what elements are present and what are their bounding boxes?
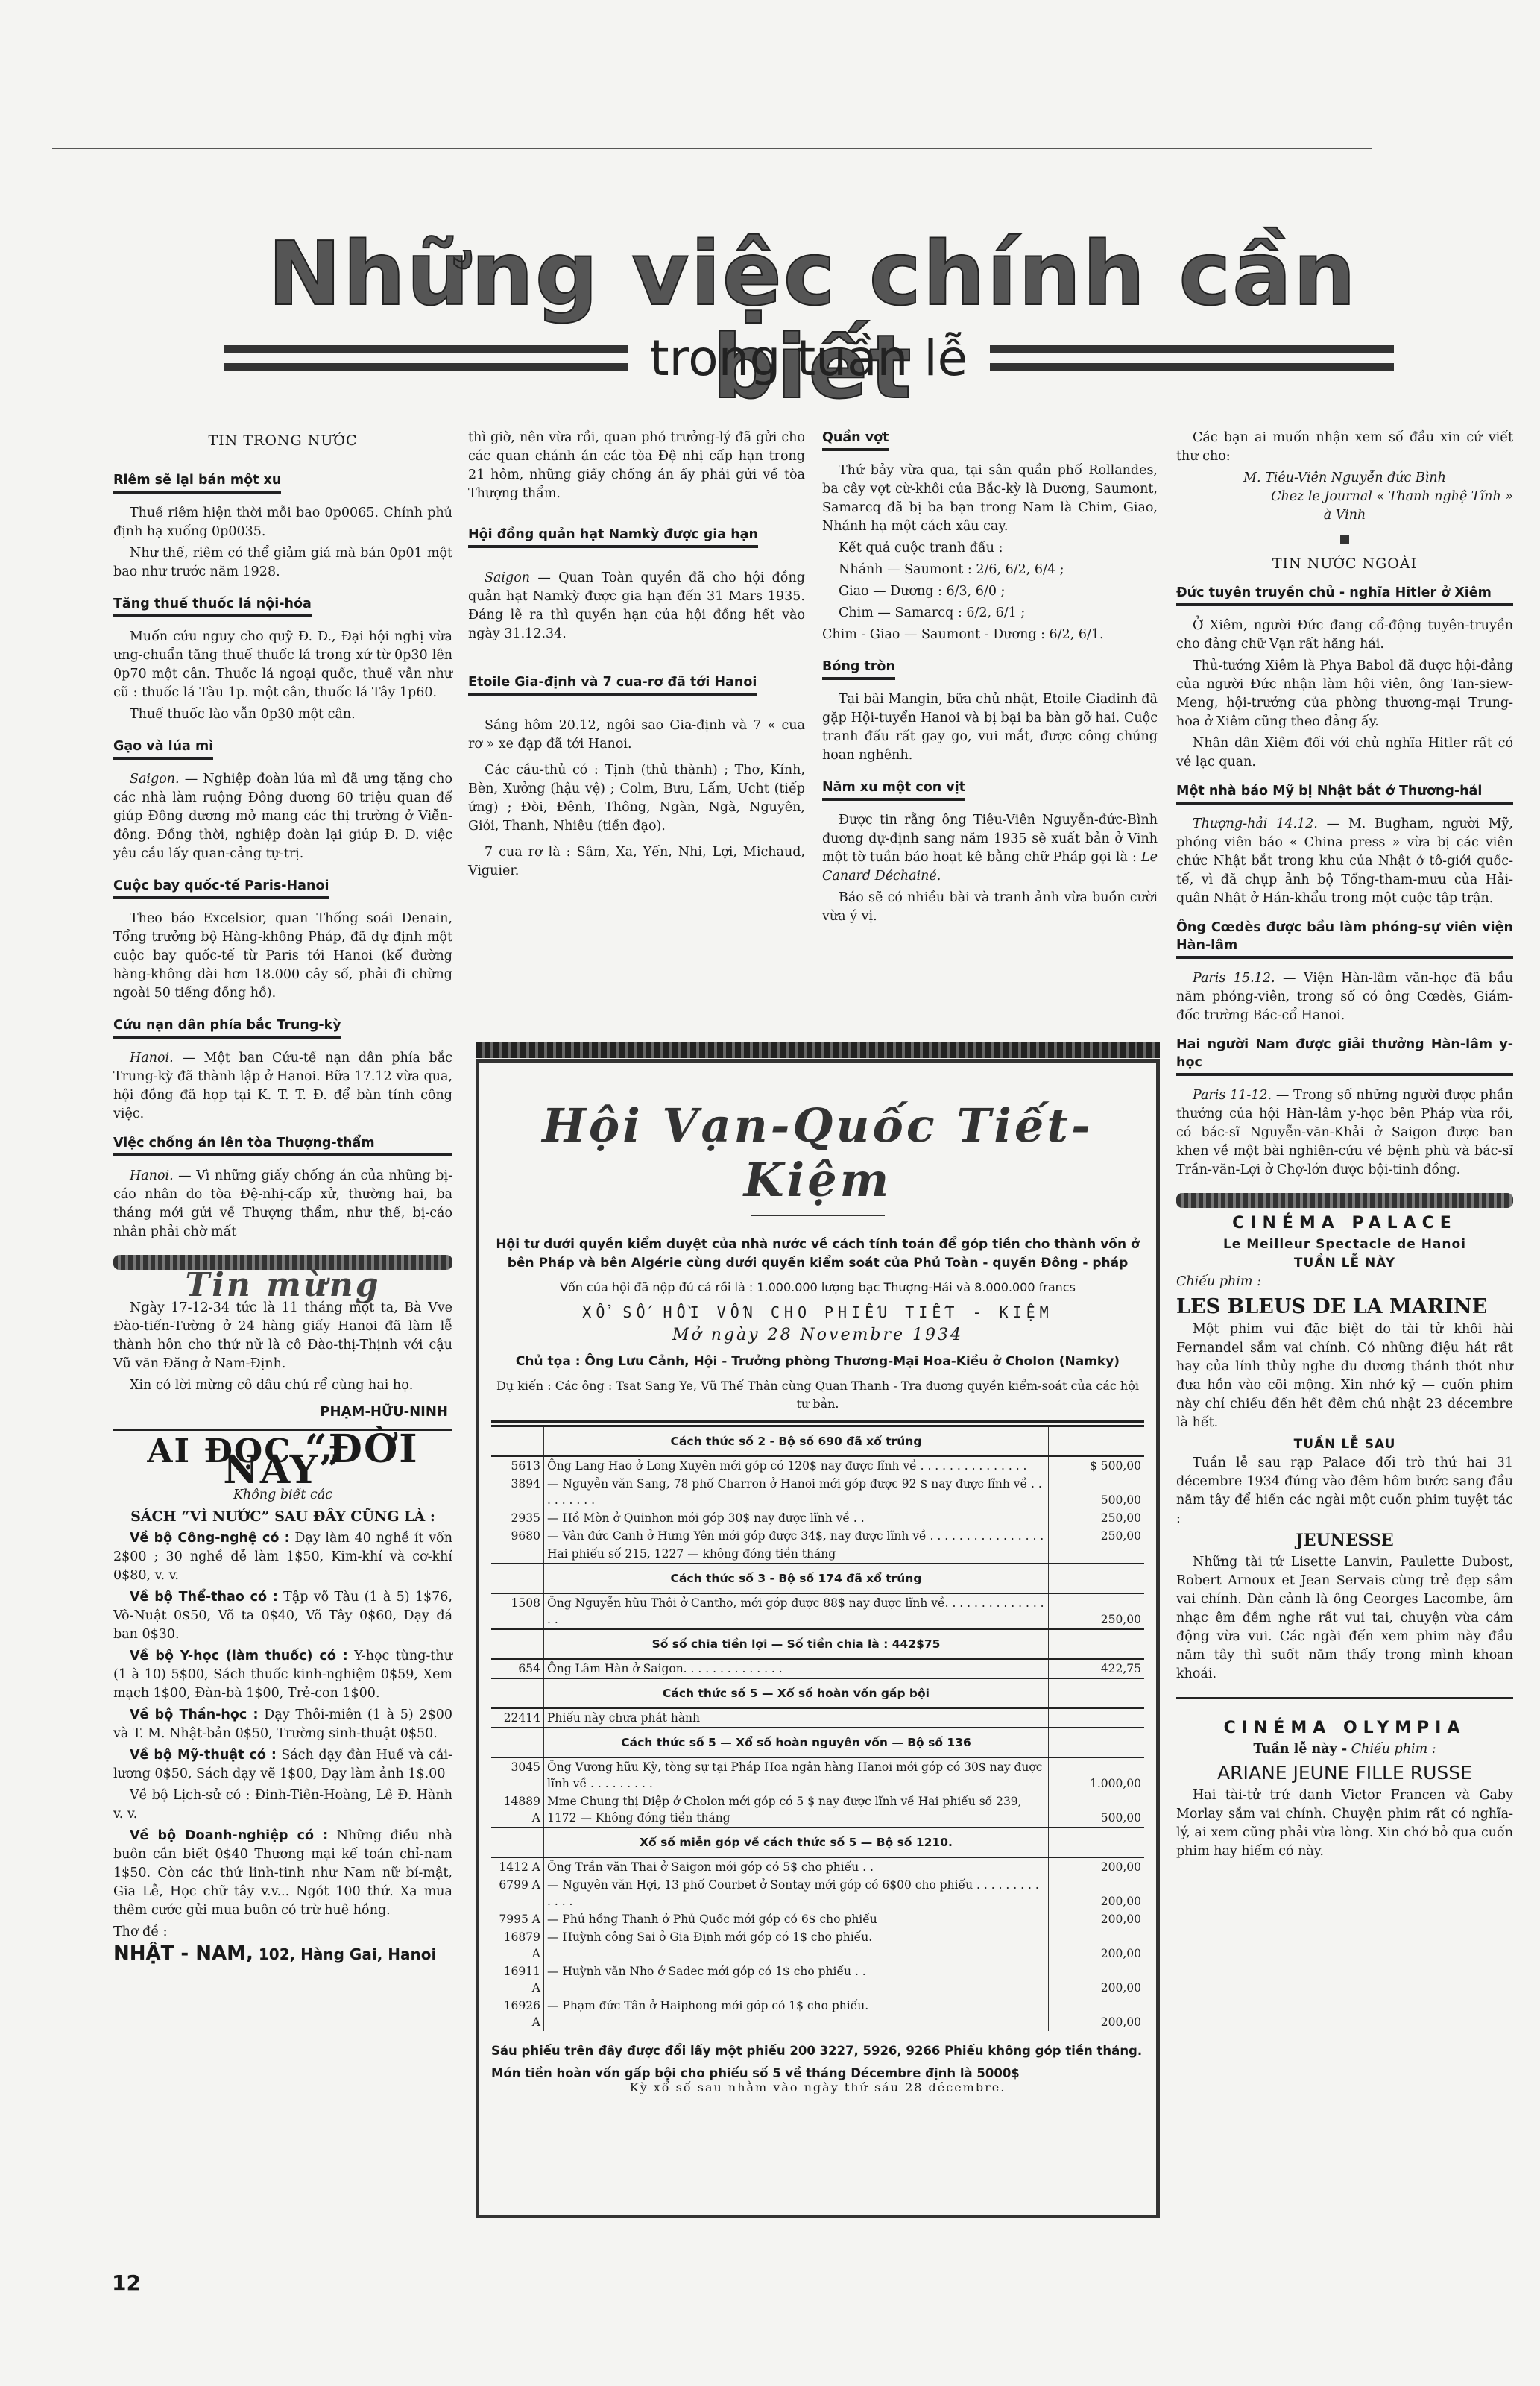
table-row: 3894— Nguyễn văn Sang, 78 phố Charron ở … xyxy=(491,1475,1144,1509)
book-list: Về bộ Công-nghệ có : Dạy làm 40 nghề ít … xyxy=(113,1529,452,1942)
winner-description: Phiếu này chưa phát hành xyxy=(544,1708,1049,1728)
advert-intro: Hội tư dưới quyền kiểm duyệt của nhà nướ… xyxy=(491,1236,1144,1273)
tin-mung-title: Tin mừng xyxy=(113,1276,452,1294)
paragraph: Tại bãi Mangin, bữa chủ nhật, Etoile Gia… xyxy=(822,690,1158,765)
paragraph: Xin có lời mừng cô dâu chú rể cùng hai h… xyxy=(113,1376,452,1395)
address-label: Thơ đề : xyxy=(113,1923,452,1942)
paragraph: Theo báo Excelsior, quan Thống soái Dena… xyxy=(113,910,452,1003)
double-rule-divider xyxy=(1176,1697,1513,1702)
table-section-row: Cách thức số 5 — Xổ số hoàn vốn gấp bội xyxy=(491,1678,1144,1708)
winner-description: — Phú hồng Thanh ở Phủ Quốc mới góp có 6… xyxy=(544,1910,1049,1928)
table-row: 3045Ông Vương hữu Kỳ, tòng sự tại Pháp H… xyxy=(491,1757,1144,1792)
divider xyxy=(751,1215,885,1216)
top-rule xyxy=(52,148,1372,149)
ticket-number xyxy=(491,1545,544,1564)
ticket-number: 3045 xyxy=(491,1757,544,1792)
paragraph: Thuế riêm hiện thời mỗi bao 0p0065. Chín… xyxy=(113,504,452,541)
winner-description: — Hồ Mòn ở Quinhon mới góp 30$ nay được … xyxy=(544,1509,1049,1527)
result-line: Chim - Giao — Saumont - Dương : 6/2, 6/1… xyxy=(822,626,1158,644)
table-section-row: Số số chia tiền lợi — Số tiền chia là : … xyxy=(491,1629,1144,1659)
paragraph: Sáng hôm 20.12, ngôi sao Gia-định và 7 «… xyxy=(468,717,805,754)
advert-footer-next-draw: Kỳ xổ số sau nhằm vào ngày thứ sáu 28 dé… xyxy=(491,2080,1144,2094)
dateline: Paris 15.12. xyxy=(1193,971,1275,986)
winner-description: — Huỳnh văn Nho ở Sadec mới góp có 1$ ch… xyxy=(544,1962,1049,1997)
book-item: Về bộ Y-học (làm thuốc) có : Y-học tùng-… xyxy=(113,1647,452,1703)
paragraph: Muốn cứu nguy cho quỹ Đ. D., Đại hội ngh… xyxy=(113,628,452,702)
table-row: 16926 A— Phạm đức Tân ở Haiphong mới góp… xyxy=(491,1997,1144,2031)
headline: Một nhà báo Mỹ bị Nhật bắt ở Thương-hải xyxy=(1176,782,1513,805)
paragraph: Thuế thuốc lào vẫn 0p30 một cân. xyxy=(113,705,452,724)
section-label: Cách thức số 2 - Bộ số 690 đã xổ trúng xyxy=(544,1426,1049,1456)
headline: Cứu nạn dân phía bắc Trung-kỳ xyxy=(113,1016,341,1039)
paragraph: Ở Xiêm, người Đức đang cổ-động tuyên-tru… xyxy=(1176,617,1513,654)
prize-amount: 1.000,00 xyxy=(1049,1757,1145,1792)
dateline: Thượng-hải 14.12. xyxy=(1193,816,1318,831)
paragraph: Paris 11-12. — Trong số những người được… xyxy=(1176,1086,1513,1180)
paragraph: Saigon — Quan Toàn quyền đã cho hội đồng… xyxy=(468,569,805,643)
headline: Riêm sẽ lại bán một xu xyxy=(113,471,281,494)
advert-capital: Vốn của hội đã nộp đủ cả rồi là : 1.000.… xyxy=(491,1280,1144,1294)
book-item: Về bộ Doanh-nghiệp có : Những điều nhà b… xyxy=(113,1827,452,1920)
ticket-number: 14889 A xyxy=(491,1792,544,1828)
headline: Năm xu một con vịt xyxy=(822,778,965,801)
table-row: 6799 A— Nguyên văn Hợi, 13 phố Courbet ở… xyxy=(491,1876,1144,1910)
film-title: ARIANE JEUNE FILLE RUSSE xyxy=(1176,1763,1513,1782)
paragraph: Kết quả cuộc tranh đấu : xyxy=(822,539,1158,558)
column-4: Các bạn ai muốn nhận xem số đầu xin cứ v… xyxy=(1176,429,1513,1864)
table-row: 9680— Vân đức Canh ở Hưng Yên mới góp đư… xyxy=(491,1527,1144,1545)
cinema-palace-name: CINÉMA PALACE xyxy=(1176,1214,1513,1233)
prize-amount: 250,00 xyxy=(1049,1527,1145,1545)
advert-footer-exchange: Sáu phiếu trên đây được đổi lấy một phiế… xyxy=(491,2042,1144,2060)
winner-description: — Vân đức Canh ở Hưng Yên mới góp được 3… xyxy=(544,1527,1049,1545)
savings-society-advert: Hội Vạn-Quốc Tiết-Kiệm Hội tư dưới quyền… xyxy=(476,1059,1160,2218)
section-label: Cách thức số 5 — Xổ số hoàn vốn gấp bội xyxy=(544,1678,1049,1708)
headline: Đức tuyên truyền chủ - nghĩa Hitler ở Xi… xyxy=(1176,584,1513,606)
headline: Hội đồng quản hạt Namkỳ được gia hạn xyxy=(468,526,758,548)
table-row: 2935— Hồ Mòn ở Quinhon mới góp 30$ nay đ… xyxy=(491,1509,1144,1527)
ticket-number: 7995 A xyxy=(491,1910,544,1928)
winner-description: Ông Vương hữu Kỳ, tòng sự tại Pháp Hoa n… xyxy=(544,1757,1049,1792)
lottery-title: XỔ SỐ HỒI VỐN CHO PHIẾU TIẾT - KIỆM xyxy=(491,1303,1144,1321)
headline: Gạo và lúa mì xyxy=(113,737,213,760)
paragraph: Được tin rằng ông Tiêu-Viên Nguyễn-đức-B… xyxy=(822,811,1158,886)
column-1: TIN TRONG NƯỚC Riêm sẽ lại bán một xu Th… xyxy=(113,429,452,1964)
dateline: Hanoi. xyxy=(130,1168,174,1183)
prize-amount: 500,00 xyxy=(1049,1475,1145,1509)
paragraph: Một phim vui đặc biệt do tài tử khôi hài… xyxy=(1176,1321,1513,1432)
paragraph: Ngày 17-12-34 tức là 11 tháng một ta, Bà… xyxy=(113,1299,452,1373)
section-title-domestic: TIN TRONG NƯỚC xyxy=(113,432,452,450)
prize-amount: 200,00 xyxy=(1049,1997,1145,2031)
headline: Tăng thuế thuốc lá nội-hóa xyxy=(113,595,312,617)
decorative-border-band xyxy=(476,1042,1160,1058)
paragraph: Báo sẽ có nhiều bài và tranh ảnh vừa buồ… xyxy=(822,889,1158,926)
headline: Ông Cœdès được bầu làm phóng-sự viên việ… xyxy=(1176,919,1513,959)
paragraph: Thứ bảy vừa qua, tại sân quần phố Rollan… xyxy=(822,462,1158,536)
paragraph: Thượng-hải 14.12. — M. Bugham, người Mỹ,… xyxy=(1176,815,1513,908)
winner-description: — Huỳnh công Sai ở Gia Định mới góp có 1… xyxy=(544,1928,1049,1962)
cinema-palace-tagline: Le Meilleur Spectacle de Hanoi xyxy=(1176,1236,1513,1254)
section-label: Cách thức số 5 — Xổ số hoàn nguyên vốn —… xyxy=(544,1728,1049,1757)
table-row: 14889 AMme Chung thị Diệp ở Cholon mới g… xyxy=(491,1792,1144,1828)
paragraph: Saigon. — Nghiệp đoàn lúa mì đã ưng tặng… xyxy=(113,770,452,863)
cinema-olympia-name: CINÉMA OLYMPIA xyxy=(1176,1719,1513,1737)
winner-description: Ông Trần văn Thai ở Saigon mới góp có 5$… xyxy=(544,1857,1049,1876)
result-line: Giao — Dương : 6/3, 6/0 ; xyxy=(822,582,1158,601)
book-item: Về bộ Lịch-sử có : Đinh-Tiên-Hoàng, Lê Đ… xyxy=(113,1787,452,1824)
wavy-divider xyxy=(1176,1193,1513,1208)
contact-line: à Vinh xyxy=(1176,506,1513,525)
table-section-row: Cách thức số 5 — Xổ số hoàn nguyên vốn —… xyxy=(491,1728,1144,1757)
section-label: Cách thức số 3 - Bộ số 174 đã xổ trúng xyxy=(544,1564,1049,1593)
this-week-label: TUẦN LỄ NÀY xyxy=(1176,1254,1513,1273)
lottery-results-table: Cách thức số 2 - Bộ số 690 đã xổ trúng56… xyxy=(491,1426,1144,2031)
prize-amount: 200,00 xyxy=(1049,1962,1145,1997)
prize-amount: 200,00 xyxy=(1049,1876,1145,1910)
headline: Bóng tròn xyxy=(822,658,895,680)
paragraph: Tuần lễ sau rạp Palace đổi trò thứ hai 3… xyxy=(1176,1454,1513,1529)
section-label: Số số chia tiền lợi — Số tiền chia là : … xyxy=(544,1629,1049,1659)
ticket-number: 9680 xyxy=(491,1527,544,1545)
dateline: Saigon xyxy=(485,570,530,585)
result-line: Chim — Samarcq : 6/2, 6/1 ; xyxy=(822,604,1158,623)
winner-description: Ông Lang Hao ở Long Xuyên mới góp có 120… xyxy=(544,1456,1049,1475)
winner-description: — Phạm đức Tân ở Haiphong mới góp có 1$ … xyxy=(544,1997,1049,2031)
headline: Hai người Nam được giải thưởng Hàn-lâm y… xyxy=(1176,1036,1513,1076)
column-2: thì giờ, nên vừa rồi, quan phó trưởng-lý… xyxy=(468,429,805,884)
prize-amount: 200,00 xyxy=(1049,1857,1145,1876)
winner-description: Hai phiếu số 215, 1227 — không đóng tiền… xyxy=(544,1545,1049,1564)
winner-description: — Nguyên văn Hợi, 13 phố Courbet ở Sonta… xyxy=(544,1876,1049,1910)
olympia-schedule: Tuần lễ này - Chiếu phim : xyxy=(1176,1740,1513,1759)
masthead-subtitle-row: trong tuần lễ xyxy=(224,328,1394,388)
paragraph: Hai tài-tử trứ danh Victor Francen và Ga… xyxy=(1176,1787,1513,1861)
publisher-address: NHẬT - NAM, 102, Hàng Gai, Hanoi xyxy=(113,1945,452,1964)
ticket-number: 16879 A xyxy=(491,1928,544,1962)
prize-amount: 200,00 xyxy=(1049,1928,1145,1962)
ticket-number: 2935 xyxy=(491,1509,544,1527)
prize-amount: 200,00 xyxy=(1049,1910,1145,1928)
paragraph: Nhân dân Xiêm đối với chủ nghĩa Hitler r… xyxy=(1176,734,1513,772)
headline: Cuộc bay quốc-tế Paris-Hanoi xyxy=(113,877,329,899)
book-item: Về bộ Thể-thao có : Tập võ Tàu (1 à 5) 1… xyxy=(113,1588,452,1644)
ticket-number: 1412 A xyxy=(491,1857,544,1876)
ticket-number: 22414 xyxy=(491,1708,544,1728)
table-row: 1412 AÔng Trần văn Thai ở Saigon mới góp… xyxy=(491,1857,1144,1876)
prize-amount: 422,75 xyxy=(1049,1659,1145,1678)
contact-line: M. Tiêu-Viên Nguyễn đức Bình xyxy=(1176,469,1513,488)
dateline: Saigon. xyxy=(130,772,180,787)
advert-footer-amount: Món tiền hoàn vốn gấp bội cho phiếu số 5… xyxy=(491,2066,1144,2080)
table-section-row: Xổ số miễn góp về cách thức số 5 — Bộ số… xyxy=(491,1828,1144,1857)
table-row: 16879 A— Huỳnh công Sai ở Gia Định mới g… xyxy=(491,1928,1144,1962)
paragraph-continued: thì giờ, nên vừa rồi, quan phó trưởng-lý… xyxy=(468,429,805,503)
book-item: Về bộ Mỹ-thuật có : Sách dạy đàn Huế và … xyxy=(113,1746,452,1784)
winner-description: Ông Nguyễn hữu Thôi ở Cantho, mới góp đư… xyxy=(544,1593,1049,1629)
table-row: 1508Ông Nguyễn hữu Thôi ở Cantho, mới gó… xyxy=(491,1593,1144,1629)
contact-line: Chez le Journal « Thanh nghệ Tĩnh » xyxy=(1176,488,1513,506)
doi-nay-sub: Không biết các xyxy=(113,1486,452,1505)
paragraph: Các cầu-thủ có : Tịnh (thủ thành) ; Thơ,… xyxy=(468,761,805,836)
section-label: Xổ số miễn góp về cách thức số 5 — Bộ số… xyxy=(544,1828,1049,1857)
decorative-bars-right xyxy=(990,345,1394,371)
prize-amount xyxy=(1049,1545,1145,1564)
film-title: LES BLEUS DE LA MARINE xyxy=(1176,1297,1513,1316)
ticket-number: 5613 xyxy=(491,1456,544,1475)
table-section-row: Cách thức số 2 - Bộ số 690 đã xổ trúng xyxy=(491,1426,1144,1456)
paragraph: Hanoi. — Vì những giấy chống án của nhữn… xyxy=(113,1167,452,1241)
paragraph: Paris 15.12. — Viện Hàn-lâm văn-học đã b… xyxy=(1176,969,1513,1025)
table-row: 16911 A— Huỳnh văn Nho ở Sadec mới góp c… xyxy=(491,1962,1144,1997)
table-section-row: Cách thức số 3 - Bộ số 174 đã xổ trúng xyxy=(491,1564,1144,1593)
table-row: 22414Phiếu này chưa phát hành xyxy=(491,1708,1144,1728)
section-title-foreign: TIN NƯỚC NGOÀI xyxy=(1176,555,1513,573)
dateline: Hanoi. xyxy=(130,1051,174,1065)
table-row: 654Ông Lâm Hàn ở Saigon. . . . . . . . .… xyxy=(491,1659,1144,1678)
paragraph: Như thế, riêm có thể giảm giá mà bán 0p0… xyxy=(113,544,452,582)
ticket-number: 16911 A xyxy=(491,1962,544,1997)
winner-description: Ông Lâm Hàn ở Saigon. . . . . . . . . . … xyxy=(544,1659,1049,1678)
ticket-number: 654 xyxy=(491,1659,544,1678)
ticket-number: 6799 A xyxy=(491,1876,544,1910)
paragraph: Các bạn ai muốn nhận xem số đầu xin cứ v… xyxy=(1176,429,1513,466)
table-row: 7995 A— Phú hồng Thanh ở Phủ Quốc mới gó… xyxy=(491,1910,1144,1928)
paragraph: Hanoi. — Một ban Cứu-tế nạn dân phía bắc… xyxy=(113,1049,452,1124)
headline: Việc chống án lên tòa Thượng-thẩm xyxy=(113,1134,452,1156)
ticket-number: 3894 xyxy=(491,1475,544,1509)
doi-nay-ad-title: AI ĐỌC “ĐỜI NAY” xyxy=(113,1440,452,1482)
masthead-subtitle: trong tuần lễ xyxy=(650,330,968,387)
advert-title: Hội Vạn-Quốc Tiết-Kiệm xyxy=(491,1098,1144,1207)
book-item: Về bộ Thần-học : Dạy Thôi-miên (1 à 5) 2… xyxy=(113,1706,452,1743)
next-film-title: JEUNESSE xyxy=(1176,1532,1513,1550)
table-row: 5613Ông Lang Hao ở Long Xuyên mới góp có… xyxy=(491,1456,1144,1475)
headline: Quần vợt xyxy=(822,429,889,451)
book-item: Về bộ Công-nghệ có : Dạy làm 40 nghề ít … xyxy=(113,1529,452,1585)
ticket-number: 1508 xyxy=(491,1593,544,1629)
paragraph: 7 cua rơ là : Sâm, Xa, Yến, Nhi, Lợi, Mi… xyxy=(468,843,805,881)
paragraph: Thủ-tướng Xiêm là Phya Babol đã được hội… xyxy=(1176,657,1513,731)
lottery-attendees: Dự kiến : Các ông : Tsat Sang Ye, Vũ Thế… xyxy=(491,1377,1144,1413)
column-3: Quần vợt Thứ bảy vừa qua, tại sân quần p… xyxy=(822,429,1158,929)
result-line: Nhánh — Saumont : 2/6, 6/2, 6/4 ; xyxy=(822,561,1158,579)
next-week-label: TUẦN LỄ SAU xyxy=(1176,1435,1513,1454)
square-ornament-icon xyxy=(1340,535,1349,544)
headline: Etoile Gia-định và 7 cua-rơ đã tới Hanoi xyxy=(468,673,757,696)
lottery-date: Mở ngày 28 Novembre 1934 xyxy=(491,1326,1144,1344)
page-number: 12 xyxy=(112,2270,141,2295)
double-rule xyxy=(491,1420,1144,1426)
signature: PHẠM-HỮU-NINH xyxy=(113,1403,448,1421)
decorative-bars-left xyxy=(224,345,628,371)
lottery-chair: Chủ tọa : Ông Lưu Cảnh, Hội - Trưởng phò… xyxy=(491,1352,1144,1371)
prize-amount: 250,00 xyxy=(1049,1509,1145,1527)
prize-amount: $ 500,00 xyxy=(1049,1456,1145,1475)
table-row: Hai phiếu số 215, 1227 — không đóng tiền… xyxy=(491,1545,1144,1564)
paragraph: Những tài tử Lisette Lanvin, Paulette Du… xyxy=(1176,1553,1513,1684)
winner-description: Mme Chung thị Diệp ở Cholon mới góp có 5… xyxy=(544,1792,1049,1828)
prize-amount xyxy=(1049,1708,1145,1728)
prize-amount: 250,00 xyxy=(1049,1593,1145,1629)
doi-nay-heading: SÁCH “VÌ NƯỚC” SAU ĐÂY CŨNG LÀ : xyxy=(113,1508,452,1526)
showing-label: Chiếu phim : xyxy=(1176,1273,1513,1291)
dateline: Paris 11-12. xyxy=(1193,1088,1272,1103)
winner-description: — Nguyễn văn Sang, 78 phố Charron ở Hano… xyxy=(544,1475,1049,1509)
ticket-number: 16926 A xyxy=(491,1997,544,2031)
prize-amount: 500,00 xyxy=(1049,1792,1145,1828)
